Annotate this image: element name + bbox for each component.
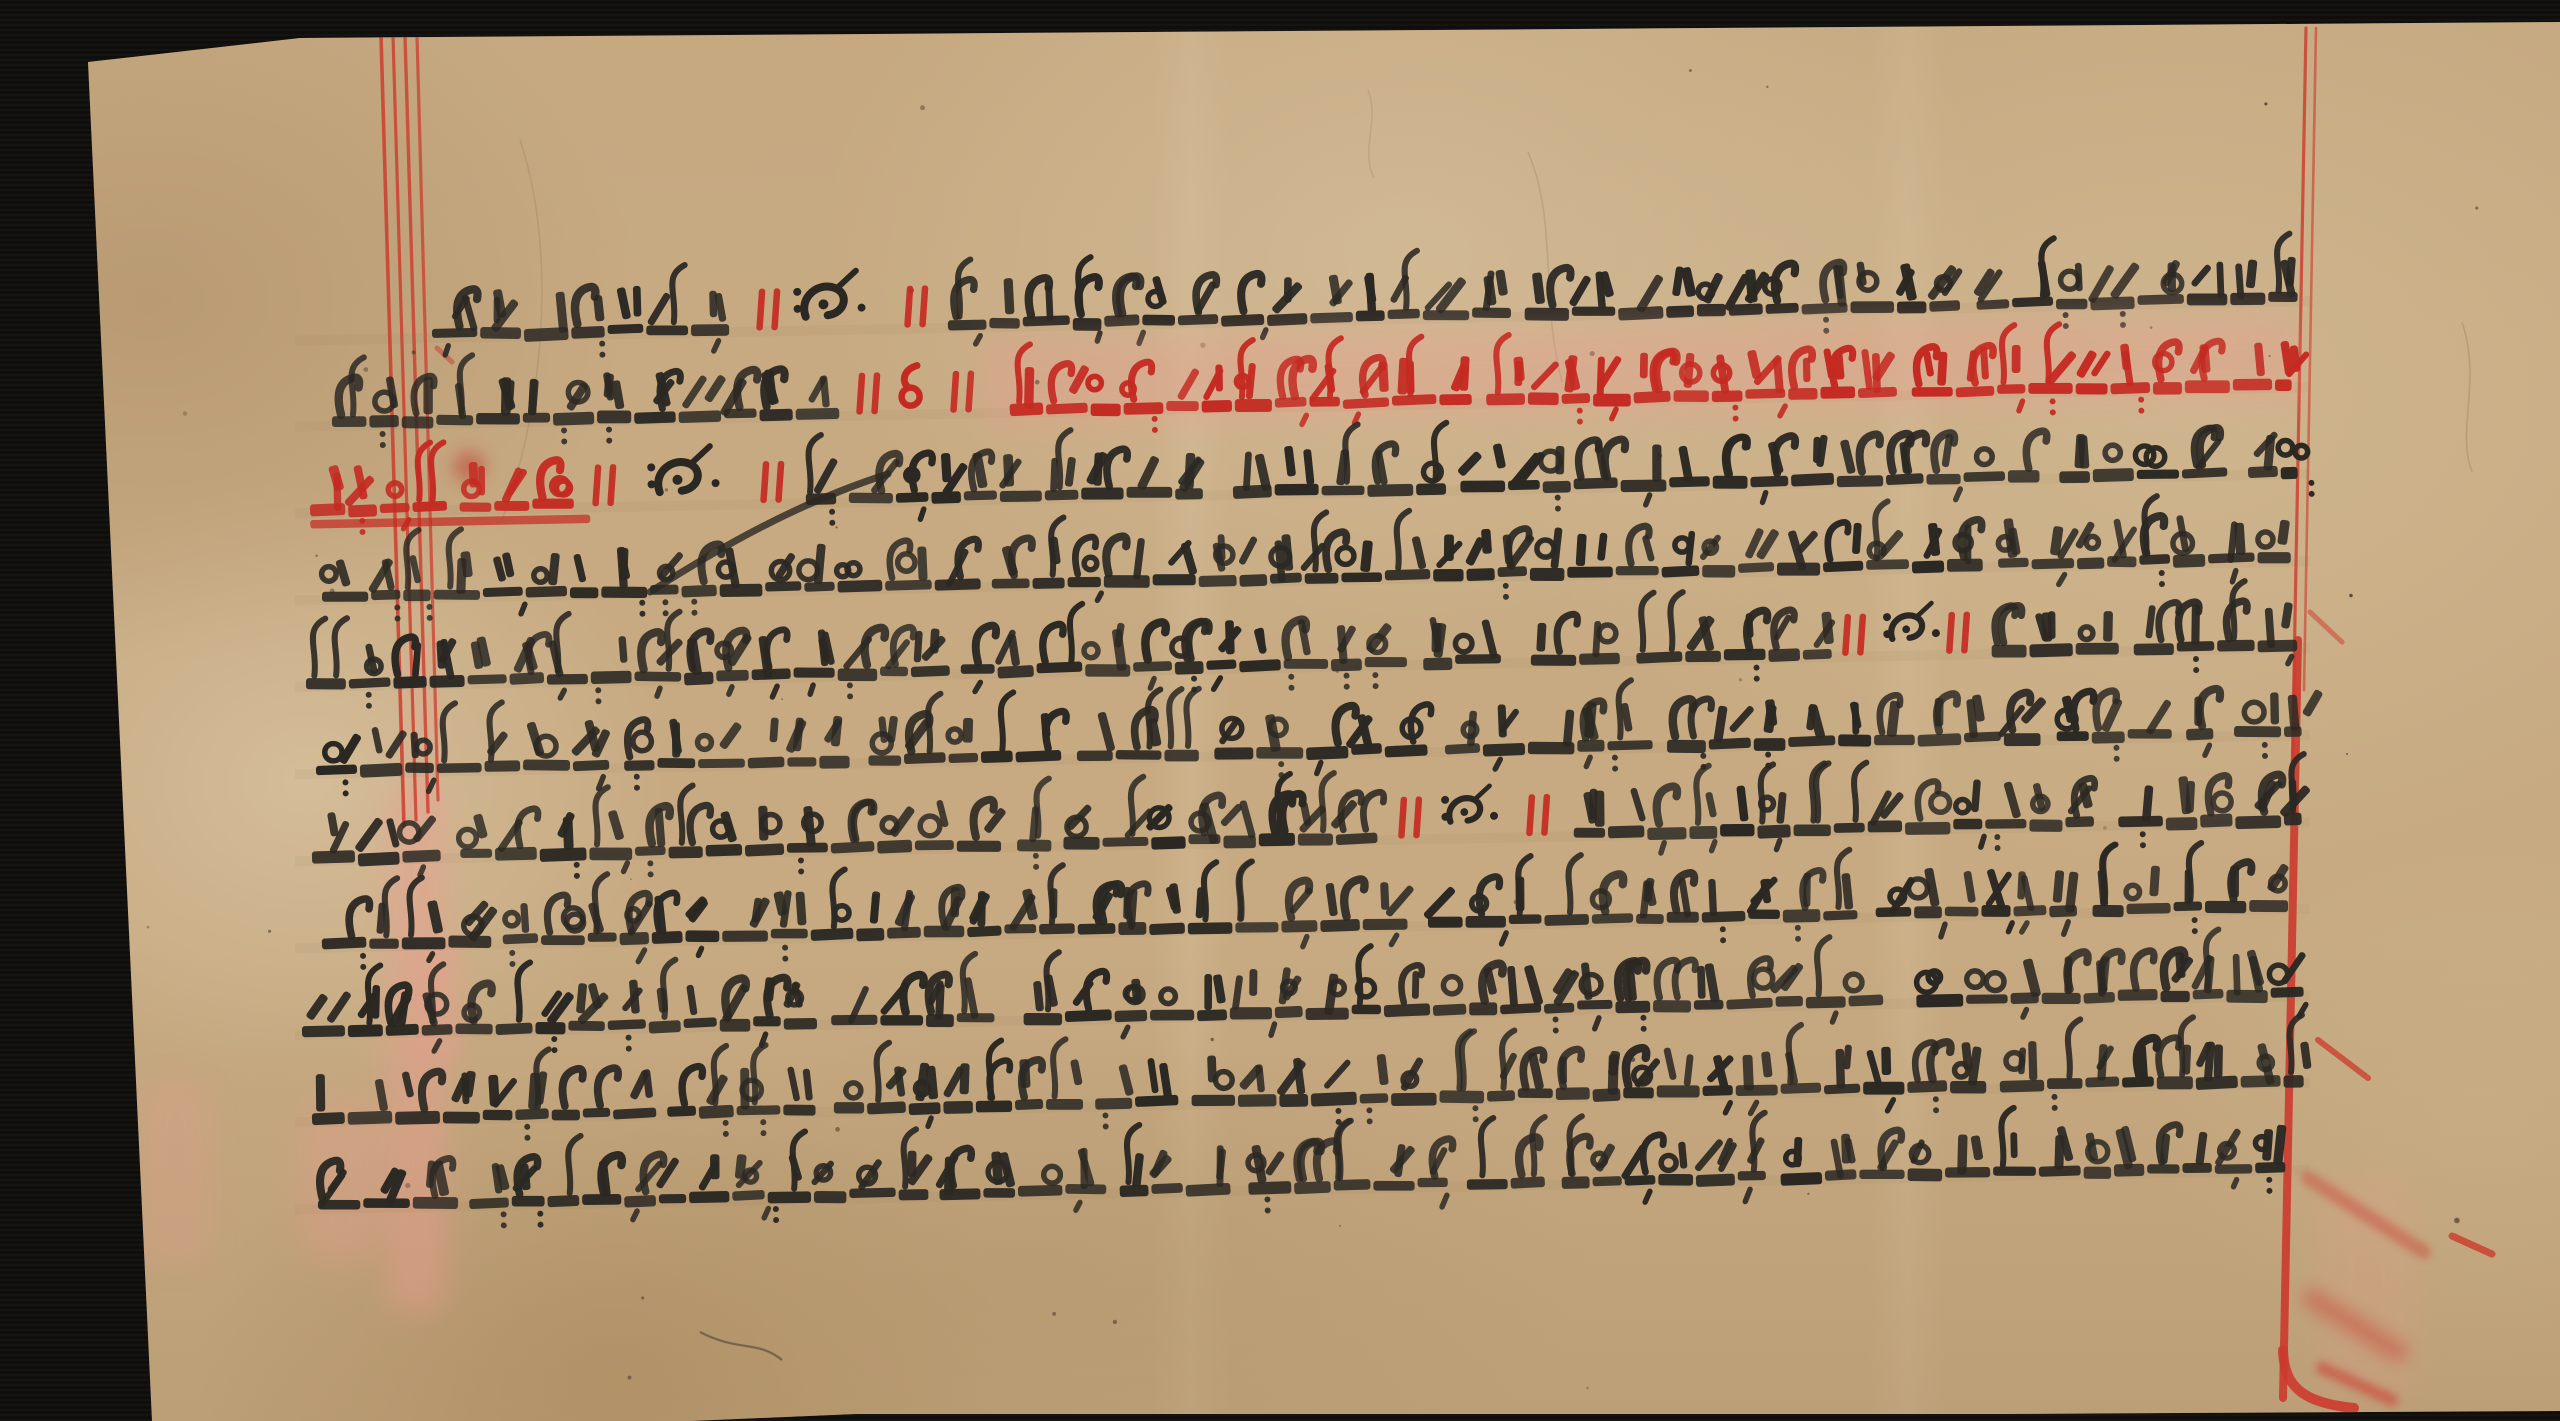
- paper-speckle: [268, 930, 271, 933]
- paper-speckle: [1339, 1225, 1341, 1227]
- paper-speckle: [1689, 69, 1692, 72]
- text-line-11: [294, 1102, 2310, 1233]
- page-caption: Aged tan paper folio with eleven dense l…: [0, 0, 1, 1]
- manuscript-ink-layer: [0, 0, 2560, 1421]
- paper-speckle: [363, 367, 368, 372]
- paper-speckle: [2349, 594, 2353, 598]
- paper-speckle: [665, 488, 668, 491]
- paper-speckle: [1739, 678, 1742, 681]
- paper-speckle: [835, 526, 837, 528]
- paper-speckle: [183, 411, 187, 415]
- pink-stain: [140, 1080, 212, 1265]
- paper-speckle: [1586, 1387, 1589, 1390]
- paper-speckle: [630, 878, 632, 880]
- paper-speckle: [315, 555, 317, 557]
- paper-speckle: [1113, 1320, 1117, 1324]
- paper-crease-line: [2462, 322, 2472, 472]
- paper-speckle: [2264, 102, 2267, 105]
- paper-speckle: [2346, 753, 2348, 755]
- paper-speckle: [781, 698, 783, 700]
- paper-speckle: [641, 1296, 644, 1299]
- paper-speckle: [147, 926, 150, 929]
- paper-speckle: [412, 350, 416, 354]
- text-line-6: [294, 667, 2325, 798]
- left-margin-ruled-line: [381, 36, 404, 826]
- paper-speckle: [628, 1376, 632, 1380]
- paper-speckle: [1807, 1193, 1809, 1195]
- red-smudge-mark: [2310, 612, 2342, 642]
- manuscript-page: [0, 0, 2560, 1421]
- paper-speckle: [1210, 1038, 1214, 1042]
- paper-speckle: [920, 105, 925, 110]
- faint-ink-scribble: [700, 1332, 782, 1360]
- paper-speckle: [835, 1127, 840, 1132]
- red-smudge-mark: [2452, 1236, 2492, 1254]
- paper-crease-line: [1368, 90, 1374, 178]
- text-line-10: [294, 1015, 2313, 1146]
- paper-speckle: [1766, 86, 1768, 88]
- paper-speckle: [2475, 206, 2478, 209]
- photo-background: Aged tan paper folio with eleven dense l…: [0, 0, 2560, 1421]
- text-line-8: [294, 841, 2310, 973]
- paper-speckle: [2454, 1218, 2460, 1224]
- paper-speckle: [405, 1183, 410, 1188]
- paper-speckle: [1052, 1312, 1056, 1316]
- red-smudge-mark: [2318, 1040, 2368, 1078]
